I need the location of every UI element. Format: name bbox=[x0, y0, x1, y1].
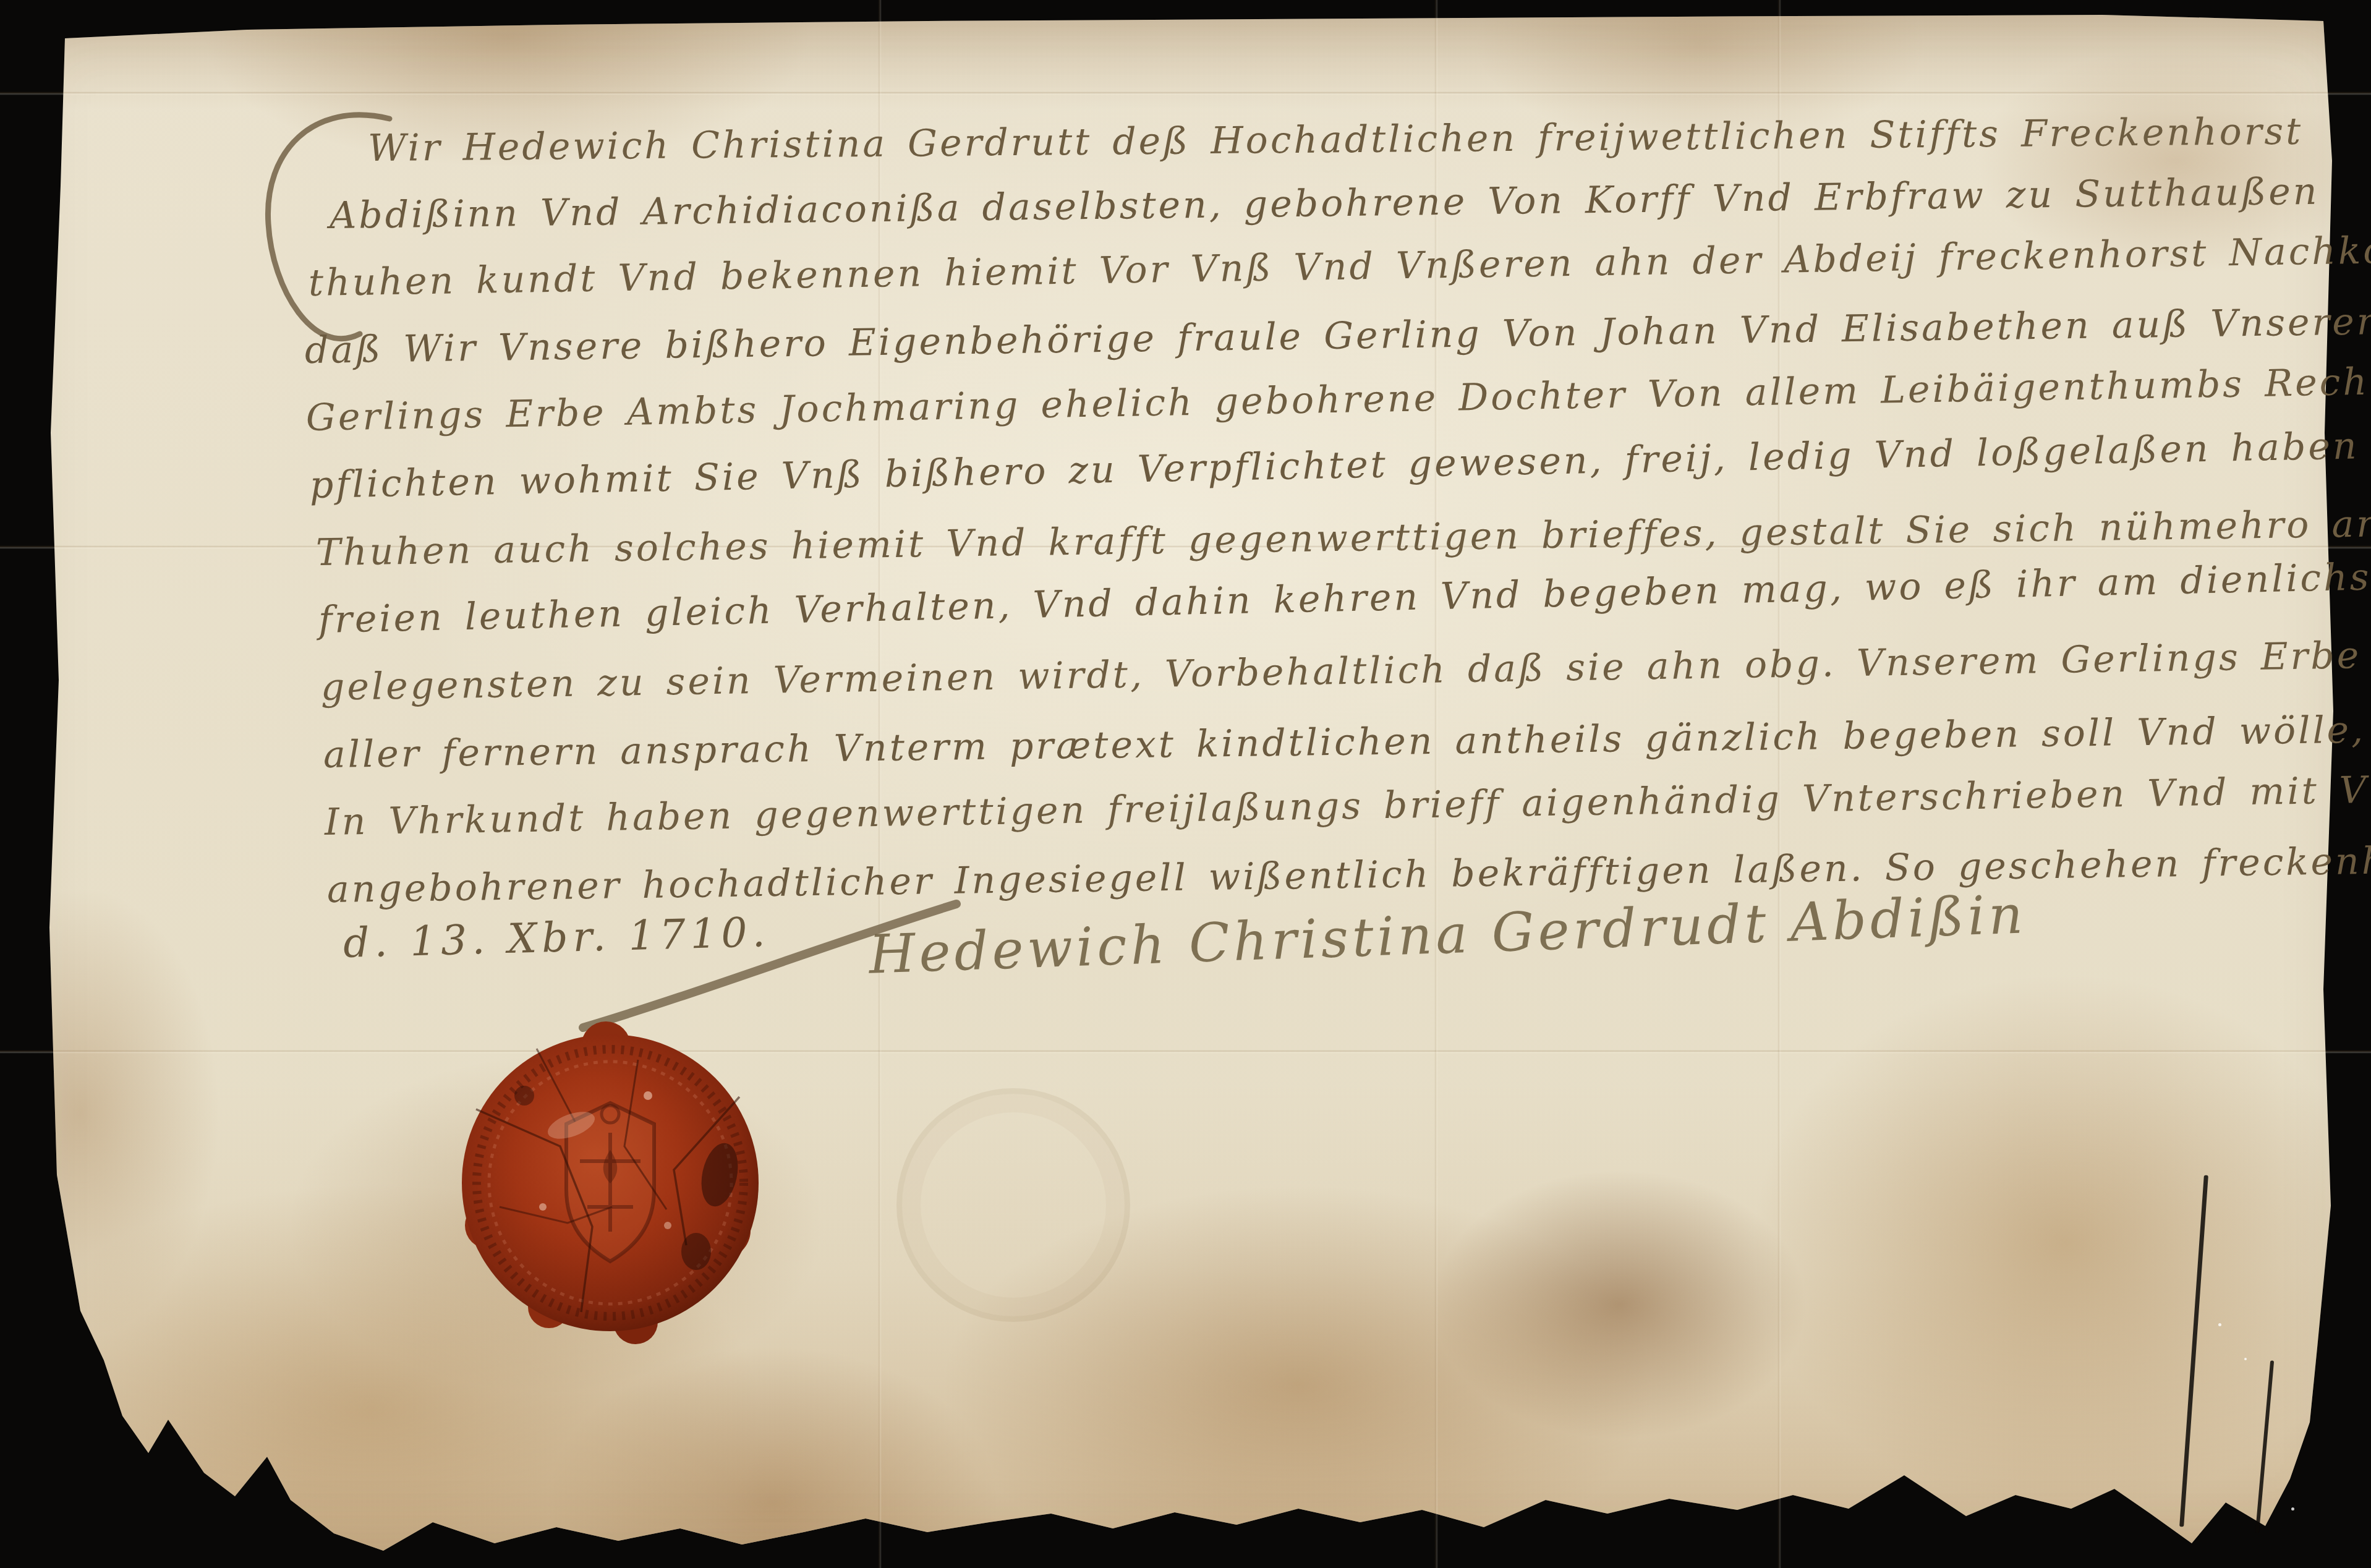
dust-speck bbox=[2218, 1323, 2221, 1326]
dust-speck bbox=[2291, 1507, 2294, 1510]
red-wax-seal-icon bbox=[450, 1021, 772, 1345]
manuscript-text-block: Wir Hedewich Christina Gerdrutt deß Hoch… bbox=[312, 115, 2334, 924]
faint-seal-ghost-ring bbox=[896, 1088, 1130, 1322]
dust-speck bbox=[2244, 1358, 2247, 1360]
wax-seal bbox=[450, 1021, 772, 1345]
photograph-of-document: Wir Hedewich Christina Gerdrutt deß Hoch… bbox=[0, 0, 2371, 1568]
